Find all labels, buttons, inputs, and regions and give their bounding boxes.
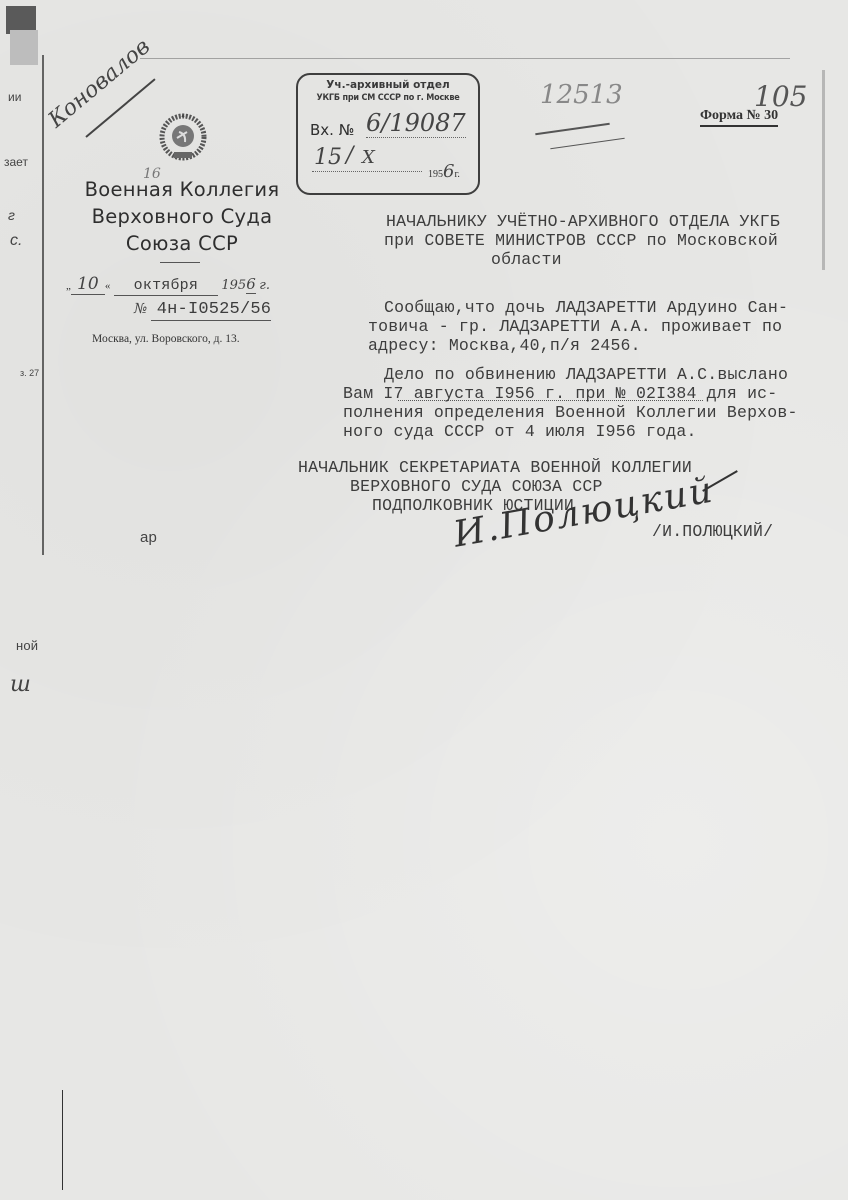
signatory-name: /И.ПОЛЮЦКИЙ/ [652, 522, 773, 541]
handwritten-underline [398, 400, 703, 401]
body-line: Дело по обвинению ЛАДЗАРЕТТИ А.С.выслано [384, 365, 788, 384]
handwritten-reference: 12513 [540, 80, 623, 110]
archive-incoming-stamp: Уч.-архивный отдел УКГБ при СМ СССР по г… [296, 73, 480, 195]
ussr-emblem-icon [156, 112, 210, 162]
org-line: Военная Коллегия [72, 176, 292, 203]
body-line: Сообщаю,что дочь ЛАДЗАРЕТТИ Ардуино Сан- [384, 298, 788, 317]
stamp-year-suffix: г. [454, 169, 459, 180]
page-number-handwritten: 105 [754, 80, 807, 113]
edge-fragment: г [8, 207, 15, 223]
body-line: ного суда СССР от 4 июля I956 года. [343, 422, 697, 441]
edge-fragment: зает [4, 155, 28, 169]
edge-fragment: з. 27 [20, 368, 39, 378]
handwritten-name: Коновалов [44, 34, 155, 133]
date-year-prefix: 195 [221, 278, 246, 293]
right-edge-shadow [822, 70, 825, 270]
organization-title: Военная Коллегия Верховного Суда Союза С… [72, 176, 292, 257]
date-day: 10 [71, 274, 105, 295]
edge-fragment: ар [140, 528, 157, 547]
org-line: Верховного Суда [72, 203, 292, 230]
addressee-line: области [491, 250, 562, 269]
addressee-line: НАЧАЛЬНИКУ УЧЁТНО-АРХИВНОГО ОТДЕЛА УКГБ [386, 212, 780, 231]
addressee-line: при СОВЕТЕ МИНИСТРОВ СССР по Московской [384, 231, 778, 250]
date-year-digit: 6 [246, 275, 256, 294]
edge-fragment: ии [8, 90, 21, 104]
body-line: полнения определения Военной Коллегии Ве… [343, 403, 798, 422]
letter-date: „10« октября 1956 г. [66, 274, 270, 296]
signatory-title-line: НАЧАЛЬНИК СЕКРЕТАРИАТА ВОЕННОЙ КОЛЛЕГИИ [298, 458, 692, 477]
stamp-date-slash: / [346, 143, 353, 168]
body-line: адресу: Москва,40,п/я 2456. [368, 336, 641, 355]
date-year-suffix: г. [259, 278, 270, 293]
stamp-line-2: УКГБ при СМ СССР по г. Москве [298, 93, 478, 103]
stamp-date-day: 15 [314, 145, 342, 170]
stamp-year-prefix: 195 [428, 169, 443, 180]
handwritten-underline [550, 138, 624, 149]
handwritten-underline [535, 123, 610, 135]
top-fold-line [140, 58, 790, 59]
title-rule [160, 262, 200, 263]
number-label: № [134, 301, 147, 317]
office-address: Москва, ул. Воровского, д. 13. [92, 333, 240, 345]
stamp-year: 1956г. [428, 161, 460, 182]
margin-rule [42, 55, 44, 555]
edge-handwriting: ш [10, 672, 31, 697]
edge-fragment: с. [10, 232, 22, 250]
stamp-line-1: Уч.-архивный отдел [298, 79, 478, 91]
outgoing-number: № 4н-I0525/56 [134, 300, 271, 321]
signatory-title-line: ВЕРХОВНОГО СУДА СОЮЗА ССР [350, 477, 603, 496]
margin-rule-lower [62, 1090, 63, 1190]
stamp-year-digit: 6 [443, 161, 454, 182]
number-value: 4н-I0525/56 [151, 300, 271, 321]
binding-clip-shadow [10, 30, 38, 65]
stamp-date-rule [312, 171, 422, 172]
stamp-incoming-number: 6/19087 [366, 109, 466, 138]
body-line: товича - гр. ЛАДЗАРЕТТИ А.А. проживает п… [368, 317, 782, 336]
stamp-incoming-label: Вх. № [310, 121, 354, 139]
org-line: Союза ССР [72, 230, 292, 257]
date-month: октября [114, 276, 218, 296]
edge-fragment: ной [16, 636, 38, 655]
stamp-date-month: X [362, 147, 375, 168]
